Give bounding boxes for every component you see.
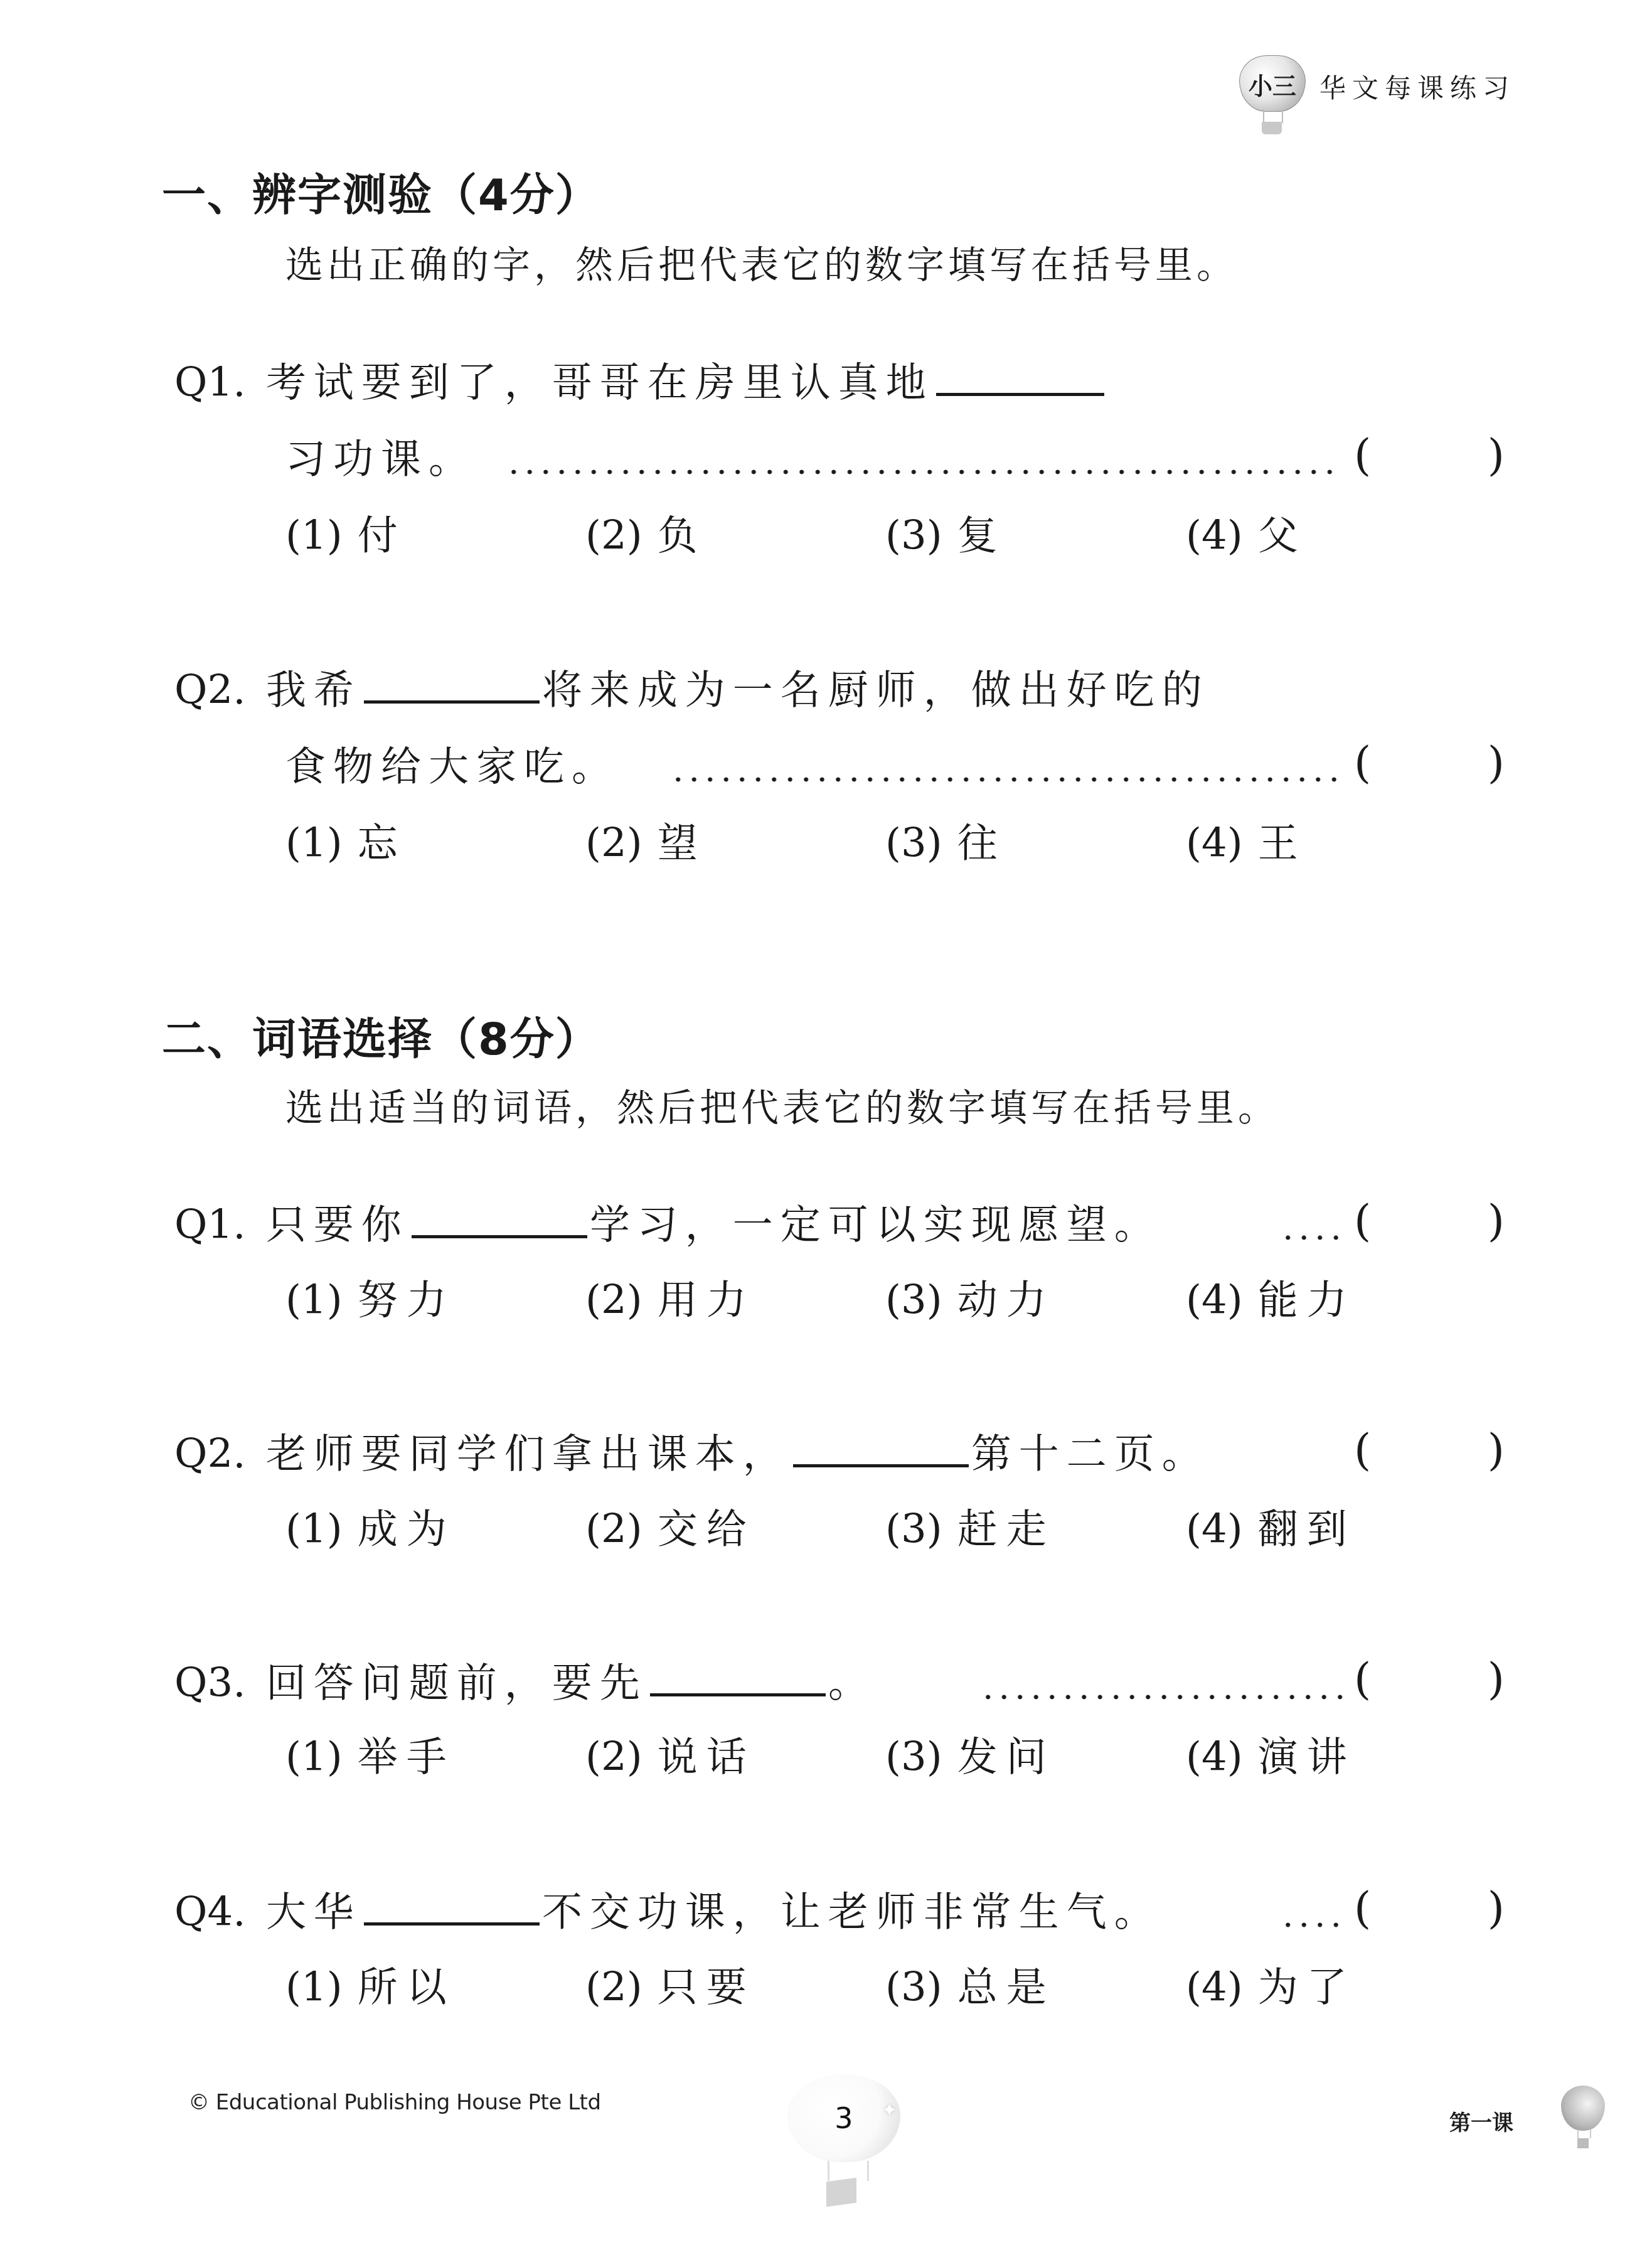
answer-paren-open: ( (1354, 741, 1371, 785)
section-1-instruction: 选出正确的字，然后把代表它的数字填写在括号里。 (285, 235, 1238, 289)
fill-in-blank[interactable] (936, 390, 1104, 396)
s2-q4-answer-box[interactable]: ( ) (1354, 1886, 1505, 1930)
s1-q2-line2: 食物给大家吃。 (285, 747, 619, 787)
question-text: 第十二页。 (971, 1431, 1210, 1477)
hot-air-balloon-icon (1561, 2086, 1606, 2155)
fill-in-blank[interactable] (364, 1920, 540, 1926)
option-1[interactable]: (1)成为 (285, 1509, 456, 1550)
s1-q2-answer-box[interactable]: ( ) (1354, 741, 1505, 785)
option-3[interactable]: (3)动力 (885, 1280, 1055, 1320)
option-1[interactable]: (1)举手 (285, 1737, 456, 1777)
balloon-basket (826, 2178, 856, 2207)
fill-in-blank[interactable] (364, 698, 540, 704)
option-4[interactable]: (4)父 (1186, 516, 1307, 556)
option-3[interactable]: (3)发问 (885, 1737, 1055, 1777)
s1-q2-options: (1)忘 (2)望 (3)往 (4)王 (285, 823, 1352, 867)
s2-q2-answer-box[interactable]: ( ) (1354, 1428, 1505, 1472)
answer-paren-close: ) (1488, 1886, 1505, 1930)
answer-paren-close: ) (1488, 1428, 1505, 1472)
section-1-title: 一、辨字测验（4分） (162, 160, 600, 223)
s2-q4-options: (1)所以 (2)只要 (3)总是 (4)为了 (285, 1968, 1352, 2011)
option-1[interactable]: (1)努力 (285, 1280, 456, 1320)
s2-q1-line: Q1. 只要你学习，一定可以实现愿望。 (174, 1205, 1162, 1245)
lesson-label: 第一课 (1449, 2106, 1513, 2136)
answer-paren-close: ) (1488, 741, 1505, 785)
sparkle-icon: ✦ (882, 2099, 897, 2121)
answer-paren-open: ( (1354, 1657, 1371, 1701)
s2-q3-line: Q3. 回答问题前，要先。 (174, 1663, 876, 1703)
dot-leader (1280, 1922, 1343, 1927)
question-text: 只要你 (266, 1202, 409, 1248)
answer-paren-close: ) (1488, 1657, 1505, 1701)
question-text: 将来成为一名厨师，做出好吃的 (542, 667, 1210, 714)
s2-q3-options: (1)举手 (2)说话 (3)发问 (4)演讲 (285, 1737, 1352, 1781)
option-3[interactable]: (3)总是 (885, 1968, 1055, 2008)
question-text: 回答问题前，要先 (266, 1660, 647, 1706)
dot-leader (670, 777, 1343, 782)
question-text: 大华 (266, 1889, 361, 1936)
fill-in-blank[interactable] (793, 1462, 969, 1467)
option-2[interactable]: (2)望 (585, 823, 706, 864)
option-1[interactable]: (1)忘 (285, 823, 407, 864)
s2-q1-options: (1)努力 (2)用力 (3)动力 (4)能力 (285, 1280, 1352, 1324)
s1-q1-options: (1)付 (2)负 (3)复 (4)父 (285, 516, 1352, 560)
s2-q4-line: Q4. 大华不交功课，让老师非常生气。 (174, 1892, 1162, 1932)
question-text: 考试要到了，哥哥在房里认真地 (266, 360, 934, 406)
hot-air-balloon-icon: 小三 (1239, 55, 1308, 137)
dot-leader (1280, 1235, 1343, 1240)
fill-in-blank[interactable] (412, 1233, 587, 1238)
balloon-ropes (828, 2161, 869, 2181)
option-2[interactable]: (2)交给 (585, 1509, 755, 1550)
question-number: Q4. (174, 1889, 246, 1936)
balloon-basket (1262, 122, 1282, 134)
option-3[interactable]: (3)往 (885, 823, 1006, 864)
dot-leader (506, 469, 1343, 474)
page-number-balloon-icon: 3 ✦ (787, 2074, 900, 2212)
dot-leader (980, 1695, 1344, 1700)
option-2[interactable]: (2)说话 (585, 1737, 755, 1777)
option-1[interactable]: (1)付 (285, 516, 407, 556)
option-4[interactable]: (4)翻到 (1186, 1509, 1356, 1550)
answer-paren-open: ( (1354, 1199, 1371, 1243)
option-3[interactable]: (3)赶走 (885, 1509, 1055, 1550)
option-2[interactable]: (2)负 (585, 516, 706, 556)
question-text: 我希 (266, 667, 361, 714)
option-4[interactable]: (4)演讲 (1186, 1737, 1356, 1777)
question-number: Q1. (174, 360, 246, 406)
option-1[interactable]: (1)所以 (285, 1968, 456, 2008)
s1-q1-line2: 习功课。 (285, 439, 476, 479)
answer-paren-open: ( (1354, 433, 1371, 477)
section-2-title: 二、词语选择（8分） (162, 1004, 600, 1068)
question-text: 不交功课，让老师非常生气。 (542, 1889, 1162, 1936)
s1-q1-answer-box[interactable]: ( ) (1354, 433, 1505, 477)
answer-paren-close: ) (1488, 433, 1505, 477)
option-4[interactable]: (4)王 (1186, 823, 1307, 864)
option-3[interactable]: (3)复 (885, 516, 1006, 556)
s1-q1-line1: Q1. 考试要到了，哥哥在房里认真地 (174, 363, 1107, 403)
option-2[interactable]: (2)用力 (585, 1280, 755, 1320)
question-text: 学习，一定可以实现愿望。 (590, 1202, 1162, 1248)
question-number: Q3. (174, 1660, 246, 1706)
option-4[interactable]: (4)能力 (1186, 1280, 1356, 1320)
s2-q2-line: Q2. 老师要同学们拿出课本，第十二页。 (174, 1434, 1210, 1474)
option-2[interactable]: (2)只要 (585, 1968, 755, 2008)
question-text: 老师要同学们拿出课本， (266, 1431, 791, 1477)
section-2-instruction: 选出适当的词语，然后把代表它的数字填写在括号里。 (285, 1078, 1279, 1132)
answer-paren-open: ( (1354, 1428, 1371, 1472)
s2-q1-answer-box[interactable]: ( ) (1354, 1199, 1505, 1243)
s1-q2-line1: Q2. 我希将来成为一名厨师，做出好吃的 (174, 670, 1210, 710)
question-number: Q1. (174, 1202, 246, 1248)
fill-in-blank[interactable] (650, 1691, 826, 1696)
balloon-ropes (1263, 109, 1283, 123)
s2-q2-options: (1)成为 (2)交给 (3)赶走 (4)翻到 (285, 1509, 1352, 1553)
question-number: Q2. (174, 667, 246, 714)
grade-badge: 小三 (1239, 55, 1306, 112)
answer-paren-open: ( (1354, 1886, 1371, 1930)
book-brand-header: 小三 华文每课练习 (1239, 55, 1515, 131)
book-title: 华文每课练习 (1319, 68, 1515, 105)
question-text: 食物给大家吃。 (285, 744, 619, 790)
question-text: 习功课。 (285, 436, 476, 483)
question-text: 。 (828, 1660, 876, 1706)
copyright-notice: © Educational Publishing House Pte Ltd (188, 2090, 601, 2115)
question-number: Q2. (174, 1431, 246, 1477)
answer-paren-close: ) (1488, 1199, 1505, 1243)
s2-q3-answer-box[interactable]: ( ) (1354, 1657, 1505, 1701)
option-4[interactable]: (4)为了 (1186, 1968, 1356, 2008)
